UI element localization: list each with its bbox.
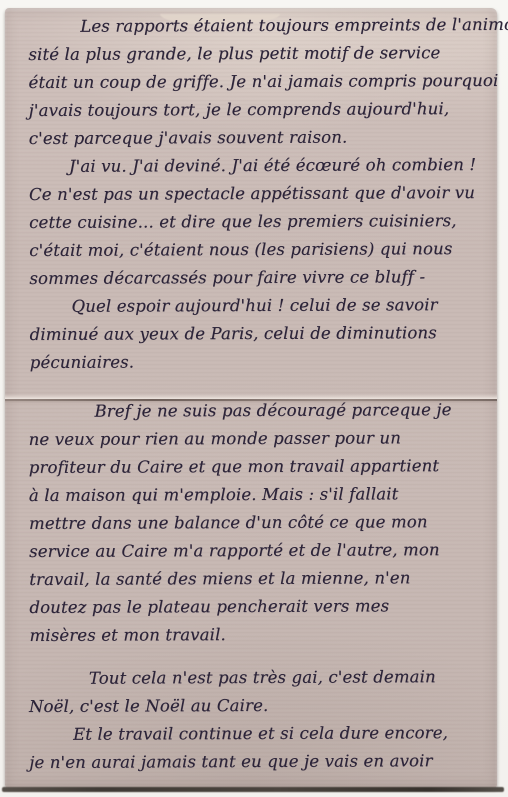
paper-bottom-edge-shadow: [2, 787, 504, 792]
horizontal-fold-crease: [5, 394, 497, 404]
scanned-letter-page: Les rapports étaient toujours empreints …: [0, 0, 508, 797]
letter-paper-sheet: [5, 8, 497, 788]
fold-crease-shadow: [5, 401, 497, 404]
torn-edge-patch: [160, 14, 280, 25]
worn-top-right-corner: [399, 14, 489, 28]
